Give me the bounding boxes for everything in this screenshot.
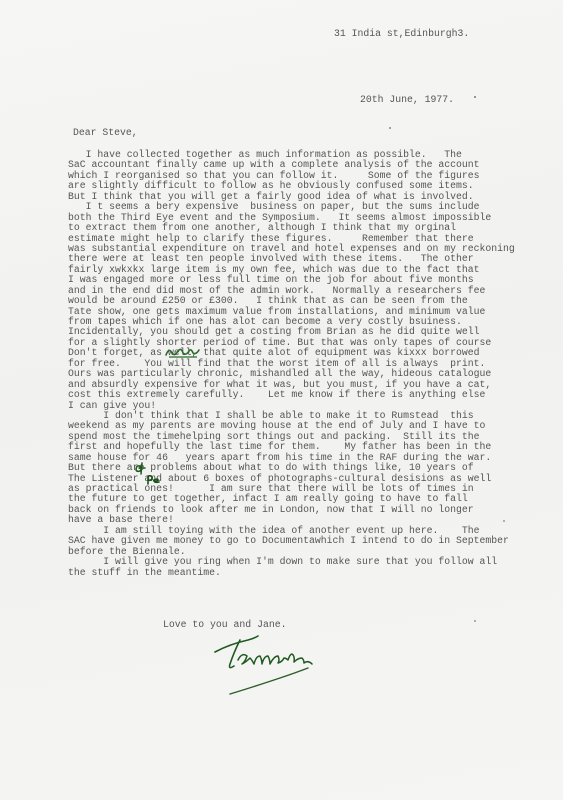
letter-date: 20th June, 1977. [360,94,454,105]
closing-line: Love to you and Jane. [163,619,286,630]
letter-body: I have collected together as much inform… [68,150,515,578]
paper-speck [474,620,476,622]
handwritten-signature [200,630,380,710]
letter-line: cost this extremely carefully. Let me kn… [68,390,515,400]
letter-line: I will give you ring when I'm down to ma… [68,557,515,567]
paper-speck [474,96,476,98]
letter-line: the stuff in the meantime. [68,568,515,578]
letter-line: to extract them from one another, althou… [68,223,515,233]
handwritten-correction-lower [163,343,203,361]
salutation: Dear Steve, [73,127,138,138]
sender-address: 31 India st,Edinburgh3. [334,28,469,39]
paper-speck [503,520,505,522]
handwritten-correction-of [133,461,147,475]
letter-line: would be around £250 or £300. I think th… [68,296,515,306]
handwritten-correction-pe [146,473,160,485]
paper-speck [389,127,391,129]
letter-page: 31 India st,Edinburgh3. 20th June, 1977.… [0,0,563,800]
